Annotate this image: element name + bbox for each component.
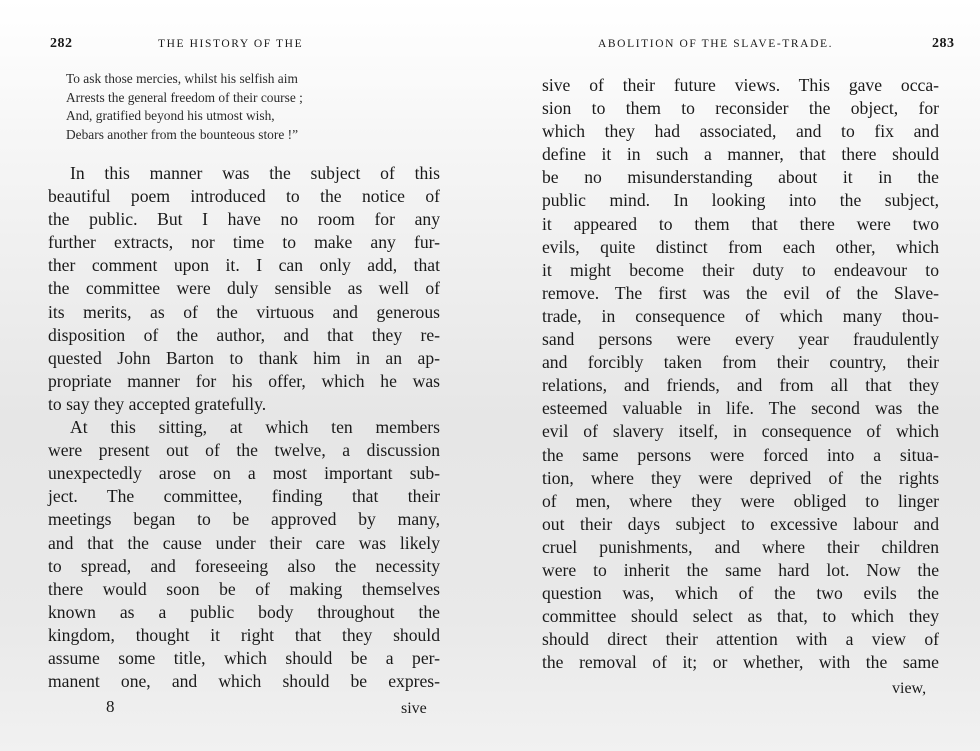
text-line: remove. The first was the evil of the Sl… xyxy=(542,282,939,305)
text-line: question was, which of the two evils the xyxy=(542,582,939,605)
body-text: In this manner was the subject of this b… xyxy=(48,162,440,693)
text-line: meetings began to be approved by many, xyxy=(48,508,440,531)
text-line: of men, where they were obliged to linge… xyxy=(542,490,939,513)
text-line: to spread, and foreseeing also the neces… xyxy=(48,555,440,578)
text-line: known as a public body throughout the xyxy=(48,601,440,624)
text-line: define it in such a manner, that there s… xyxy=(542,143,939,166)
text-line: out their days subject to excessive labo… xyxy=(542,513,939,536)
text-line: evils, quite distinct from each other, w… xyxy=(542,236,939,259)
text-line: At this sitting, at which ten members xyxy=(48,416,440,439)
text-line: and forcibly taken from their country, t… xyxy=(542,351,939,374)
verse-line: Debars another from the bounteous store … xyxy=(66,126,303,145)
text-line: which they had associated, and to fix an… xyxy=(542,120,939,143)
verse-quotation: To ask those mercies, whilst his selfish… xyxy=(66,70,303,144)
text-line: assume some title, which should be a per… xyxy=(48,647,440,670)
running-head: ABOLITION OF THE SLAVE-TRADE. xyxy=(598,38,833,50)
text-line: propriate manner for his offer, which he… xyxy=(48,370,440,393)
text-line: tion, where they were deprived of the ri… xyxy=(542,467,939,490)
text-line: it might become their duty to endeavour … xyxy=(542,259,939,282)
text-line: further extracts, nor time to make any f… xyxy=(48,231,440,254)
text-line: trade, in consequence of which many thou… xyxy=(542,305,939,328)
text-line: public mind. In looking into the subject… xyxy=(542,189,939,212)
text-line: committee should select as that, to whic… xyxy=(542,605,939,628)
book-spread: 282 THE HISTORY OF THE To ask those merc… xyxy=(0,0,980,751)
text-line: sive of their future views. This gave oc… xyxy=(542,74,939,97)
text-line: there would soon be of making themselves xyxy=(48,578,440,601)
text-line: were to inherit the same hard lot. Now t… xyxy=(542,559,939,582)
text-line: evil of slavery itself, in consequence o… xyxy=(542,420,939,443)
text-line: cruel punishments, and where their child… xyxy=(542,536,939,559)
body-text: sive of their future views. This gave oc… xyxy=(542,74,939,674)
page-number: 282 xyxy=(50,36,73,52)
verse-line: Arrests the general freedom of their cou… xyxy=(66,89,303,108)
right-page: ABOLITION OF THE SLAVE-TRADE. 283 sive o… xyxy=(490,0,980,751)
text-line: sand persons were every year fraudulentl… xyxy=(542,328,939,351)
text-line: its merits, as of the virtuous and gener… xyxy=(48,301,440,324)
running-head: THE HISTORY OF THE xyxy=(158,38,303,50)
verse-line: And, gratified beyond his utmost wish, xyxy=(66,107,303,126)
text-line: should direct their attention with a vie… xyxy=(542,628,939,651)
signature-mark: 8 xyxy=(106,697,115,717)
text-line: the same persons were forced into a situ… xyxy=(542,444,939,467)
text-line: quested John Barton to thank him in an a… xyxy=(48,347,440,370)
text-line: the public. But I have no room for any xyxy=(48,208,440,231)
text-line: sion to them to reconsider the object, f… xyxy=(542,97,939,120)
text-line: the removal of it; or whether, with the … xyxy=(542,651,939,674)
text-line: and that the cause under their care was … xyxy=(48,532,440,555)
text-line: disposition of the author, and that they… xyxy=(48,324,440,347)
catchword: sive xyxy=(401,700,427,718)
text-line: to say they accepted gratefully. xyxy=(48,393,440,416)
text-line: ther comment upon it. I can only add, th… xyxy=(48,254,440,277)
text-line: esteemed valuable in life. The second wa… xyxy=(542,397,939,420)
text-line: be no misunderstanding about it in the xyxy=(542,166,939,189)
catchword: view, xyxy=(892,680,926,698)
text-line: In this manner was the subject of this xyxy=(48,162,440,185)
text-line: the committee were duly sensible as well… xyxy=(48,277,440,300)
text-line: ject. The committee, finding that their xyxy=(48,485,440,508)
page-number: 283 xyxy=(932,36,955,52)
text-line: beautiful poem introduced to the notice … xyxy=(48,185,440,208)
text-line: unexpectedly arose on a most important s… xyxy=(48,462,440,485)
left-page: 282 THE HISTORY OF THE To ask those merc… xyxy=(0,0,490,751)
text-line: relations, and friends, and from all tha… xyxy=(542,374,939,397)
text-line: it appeared to them that there were two xyxy=(542,213,939,236)
text-line: manent one, and which should be expres- xyxy=(48,670,440,693)
verse-line: To ask those mercies, whilst his selfish… xyxy=(66,70,303,89)
text-line: were present out of the twelve, a discus… xyxy=(48,439,440,462)
text-line: kingdom, thought it right that they shou… xyxy=(48,624,440,647)
